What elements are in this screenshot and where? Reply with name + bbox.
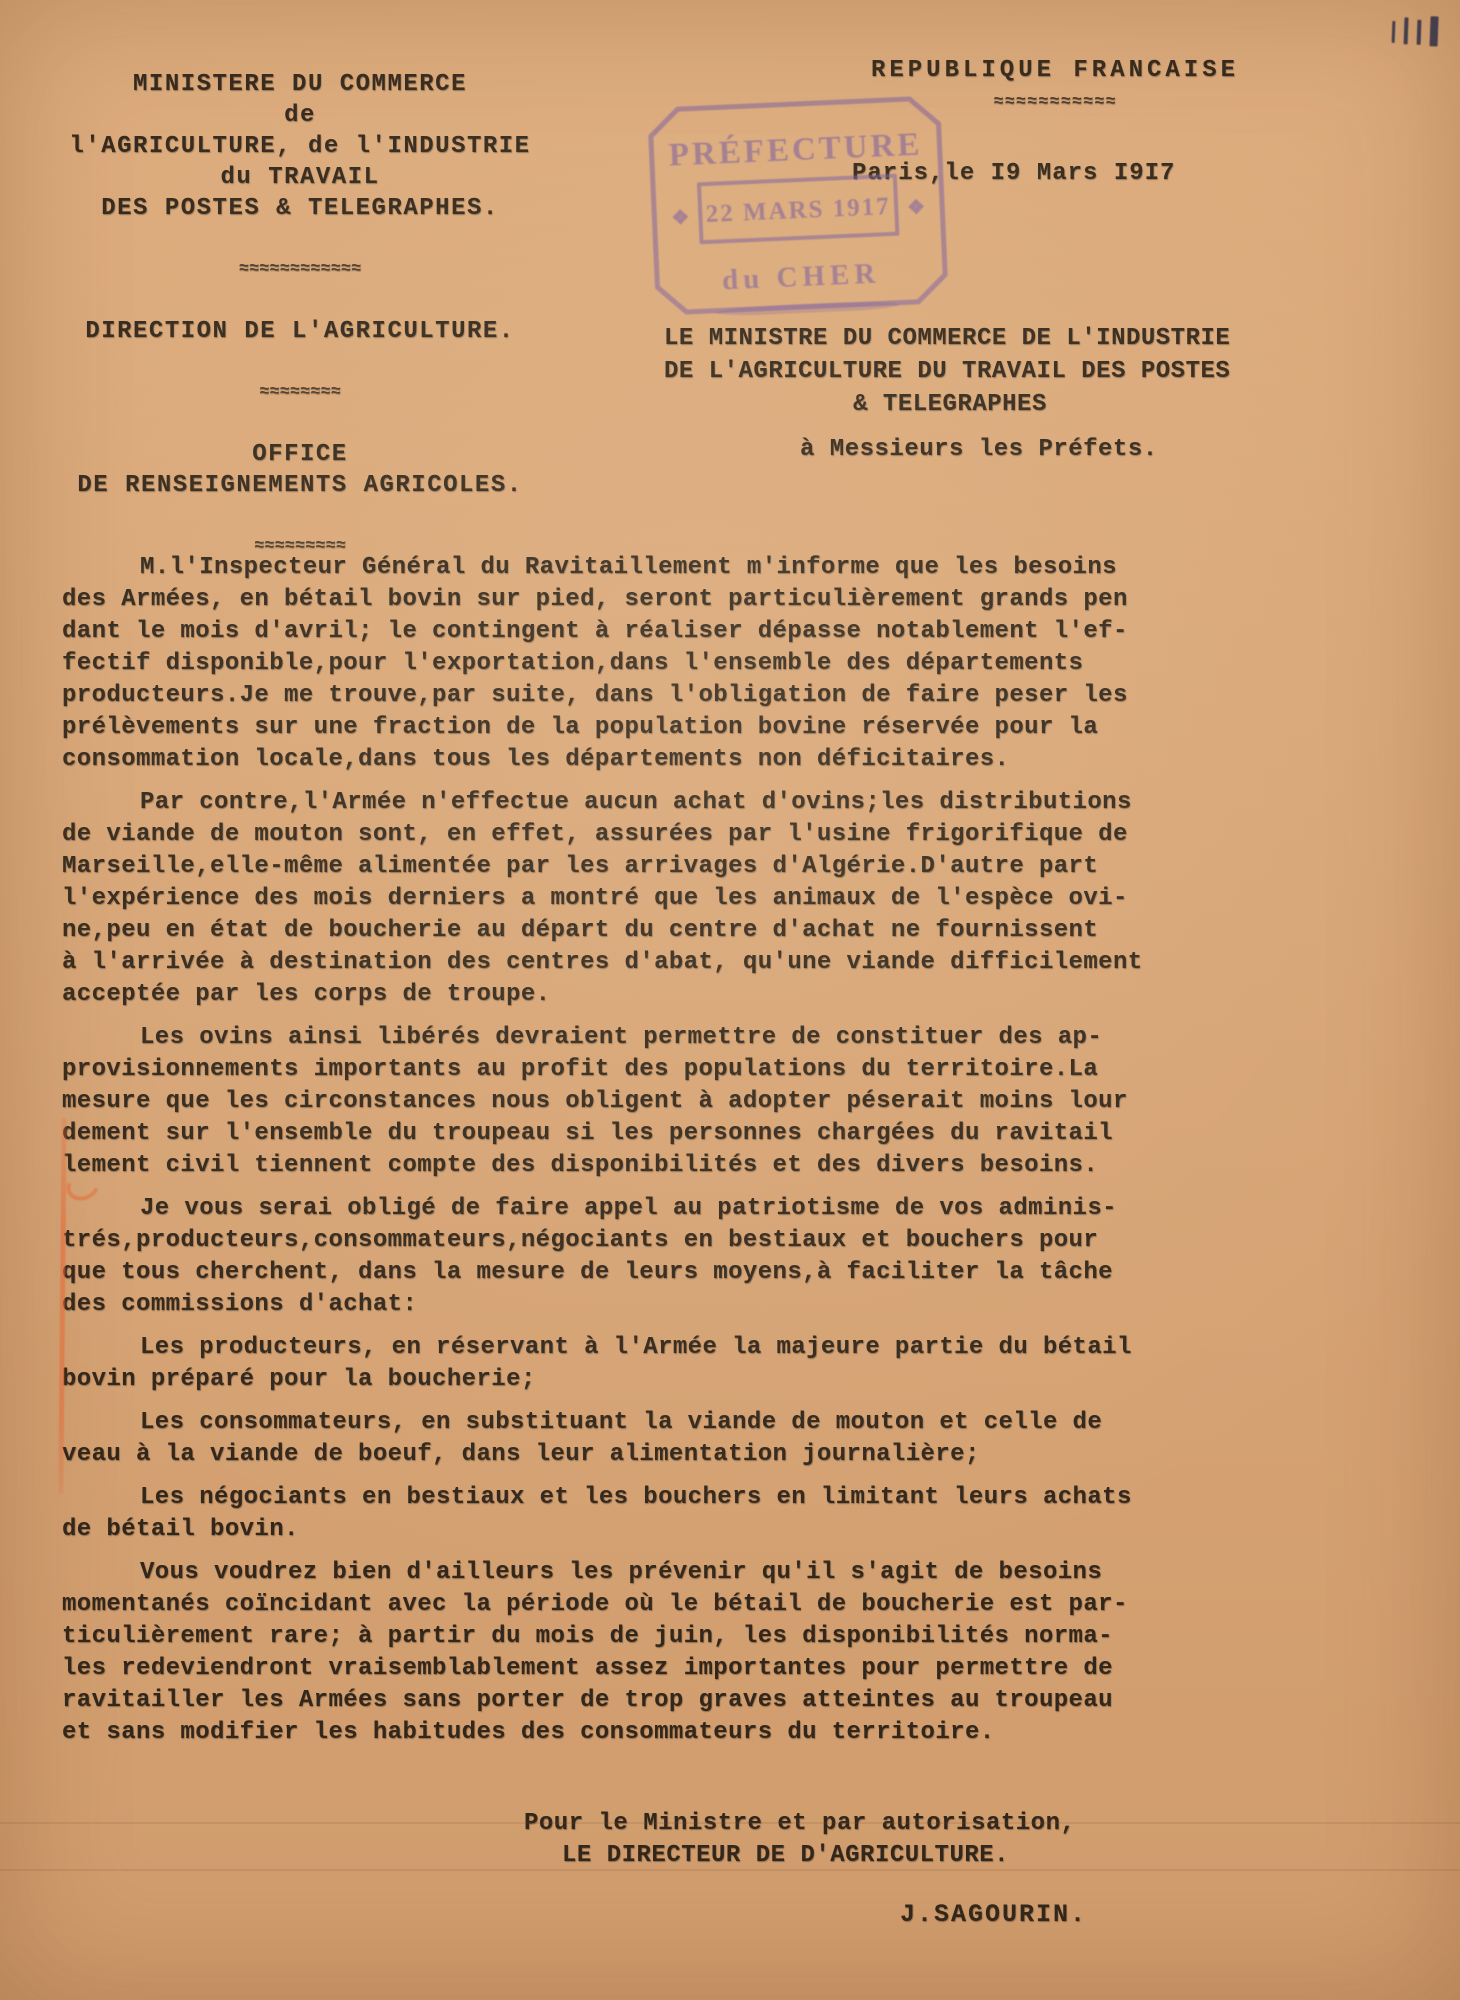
- paper-fold-line: [0, 1869, 1460, 1871]
- typewriter-separator: ≈≈≈≈≈≈≈≈≈≈≈≈: [40, 255, 560, 285]
- paragraph: Les négociants en bestiaux et les bouche…: [62, 1482, 1200, 1546]
- paper-fold-line: [0, 1822, 1460, 1824]
- paragraph: Je vous serai obligé de faire appel au p…: [62, 1193, 1200, 1321]
- stamp-prefecture-text: PRÉFECTURE: [668, 126, 923, 174]
- stamp-smudge: [715, 300, 899, 318]
- scanned-letter-page: MINISTERE DU COMMERCE de l'AGRICULTURE, …: [0, 0, 1460, 2000]
- stamp-graphic: PRÉFECTURE ❖ 22 MARS 1917 ❖ du CHER: [643, 92, 952, 320]
- paragraph: Les producteurs, en réservant à l'Armée …: [62, 1332, 1200, 1396]
- stamp-date-text: 22 MARS 1917: [705, 193, 891, 228]
- sender-title-line: & TELEGRAPHES: [664, 388, 1236, 421]
- signature-title-line: LE DIRECTEUR DE D'AGRICULTURE.: [562, 1842, 1009, 1869]
- republic-title: REPUBLIQUE FRANCAISE: [860, 54, 1250, 88]
- typewriter-separator: ≈≈≈≈≈≈≈≈: [40, 378, 560, 408]
- direction-title: DIRECTION DE L'AGRICULTURE.: [40, 316, 560, 347]
- sender-title-block: LE MINISTRE DU COMMERCE DE L'INDUSTRIE D…: [664, 322, 1236, 421]
- signature-name: J.SAGOURIN.: [900, 1900, 1087, 1929]
- paragraph: M.l'Inspecteur Général du Ravitaillement…: [62, 552, 1200, 776]
- letterhead-ministry: MINISTERE DU COMMERCE de l'AGRICULTURE, …: [40, 38, 560, 593]
- paragraph: Vous voudrez bien d'ailleurs les préveni…: [62, 1557, 1200, 1749]
- corner-ink-mark: [1391, 15, 1456, 51]
- paragraph: Les consommateurs, en substituant la via…: [62, 1407, 1200, 1471]
- sender-title-line: LE MINISTRE DU COMMERCE DE L'INDUSTRIE: [664, 322, 1236, 355]
- ministry-title: MINISTERE DU COMMERCE de l'AGRICULTURE, …: [40, 69, 560, 224]
- salutation: à Messieurs les Préfets.: [800, 436, 1158, 463]
- paragraph: Par contre,l'Armée n'effectue aucun acha…: [62, 787, 1200, 1011]
- letter-body: M.l'Inspecteur Général du Ravitaillement…: [62, 552, 1200, 1760]
- stamp-cher-text: du CHER: [721, 257, 881, 296]
- sender-title-line: DE L'AGRICULTURE DU TRAVAIL DES POSTES: [664, 355, 1236, 388]
- stamp-ornament-left: ❖: [671, 207, 690, 230]
- paragraph: Les ovins ainsi libérés devraient permet…: [62, 1022, 1200, 1182]
- office-title: OFFICE DE RENSEIGNEMENTS AGRICOLES.: [40, 439, 560, 501]
- prefecture-stamp: PRÉFECTURE ❖ 22 MARS 1917 ❖ du CHER: [643, 92, 952, 320]
- stamp-ornament-right: ❖: [907, 196, 926, 219]
